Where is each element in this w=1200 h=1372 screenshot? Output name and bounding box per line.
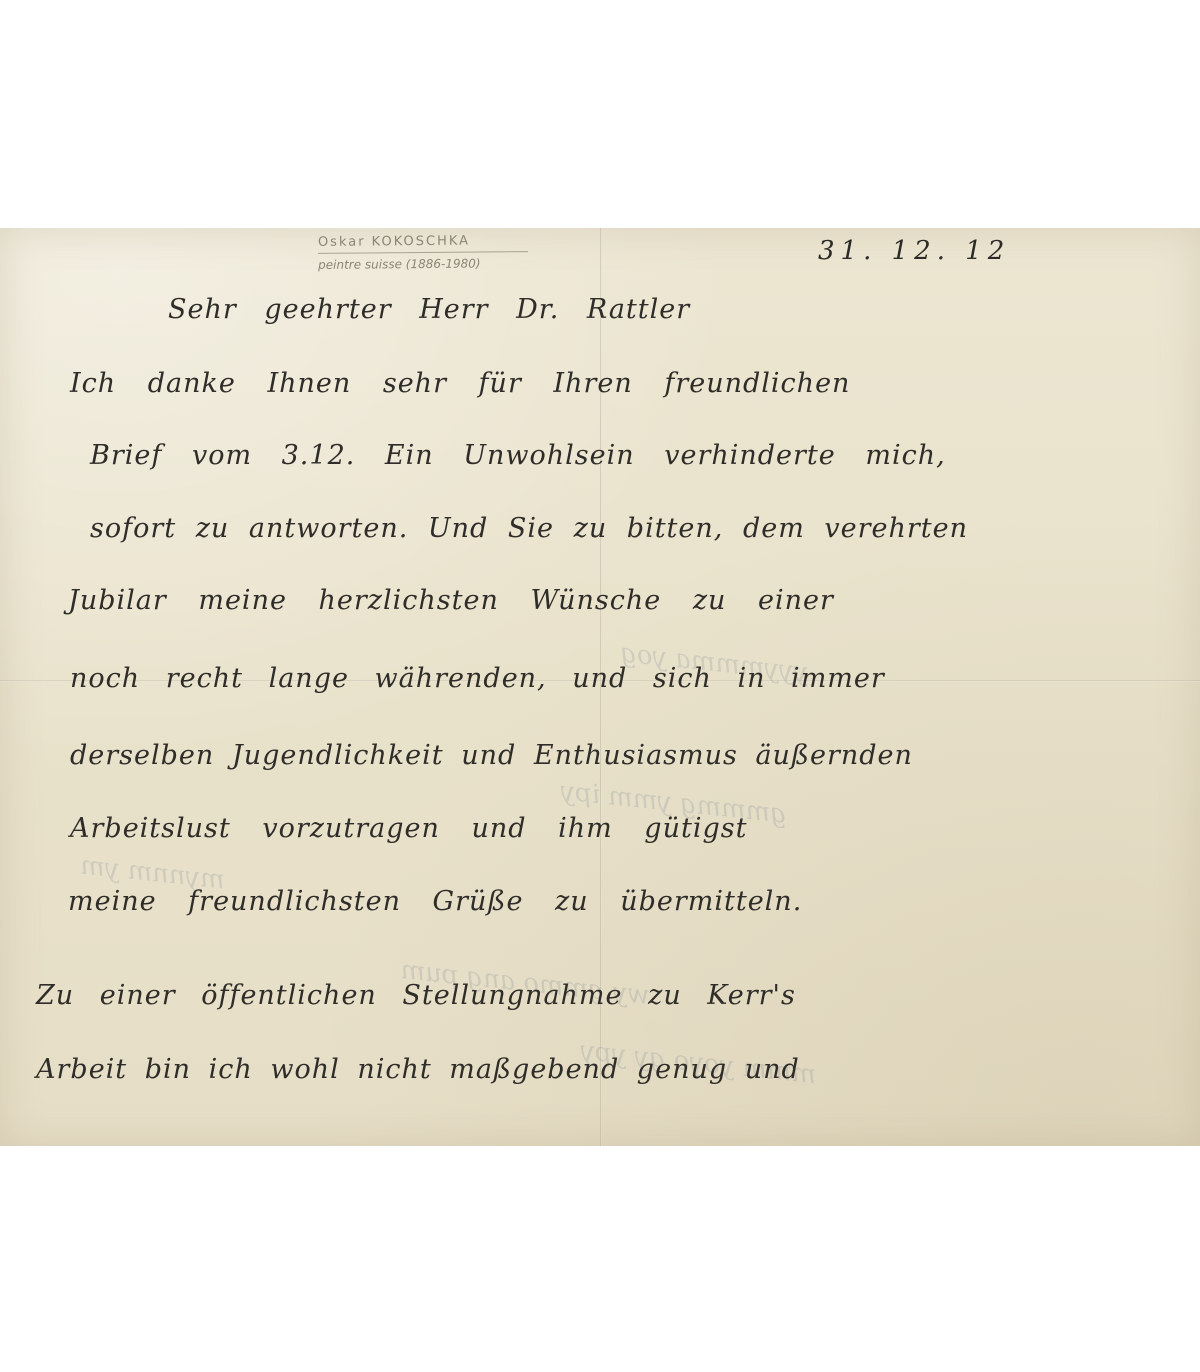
salutation: Sehr geehrter Herr Dr. Rattler bbox=[168, 294, 690, 325]
body-line: Arbeitslust vorzutragen und ihm gütigst bbox=[70, 813, 747, 844]
body-line: Brief vom 3.12. Ein Unwohlsein verhinder… bbox=[90, 440, 946, 471]
letter-date: 31. 12. 12 bbox=[818, 236, 1010, 266]
body-line: noch recht lange währenden, und sich in … bbox=[70, 663, 885, 694]
archival-note-dates: peintre suisse (1886-1980) bbox=[318, 252, 528, 272]
body-line: Zu einer öffentlichen Stellungnahme zu K… bbox=[36, 980, 796, 1011]
archival-pencil-note: Oskar KOKOSCHKA peintre suisse (1886-198… bbox=[318, 233, 528, 272]
body-line: sofort zu antworten. Und Sie zu bitten, … bbox=[90, 513, 968, 544]
body-line: Arbeit bin ich wohl nicht maßgebend genu… bbox=[36, 1054, 800, 1085]
body-line: derselben Jugendlichkeit und Enthusiasmu… bbox=[70, 740, 913, 771]
letter-paper: yyymmma yog gmmmg ymm ipy mynnm ym wy gm… bbox=[0, 228, 1200, 1146]
body-line: Ich danke Ihnen sehr für Ihren freundlic… bbox=[70, 368, 850, 399]
body-line: Jubilar meine herzlichsten Wünsche zu ei… bbox=[68, 585, 834, 616]
archival-note-name: Oskar KOKOSCHKA bbox=[318, 233, 528, 254]
body-line: meine freundlichsten Grüße zu übermittel… bbox=[68, 886, 802, 917]
